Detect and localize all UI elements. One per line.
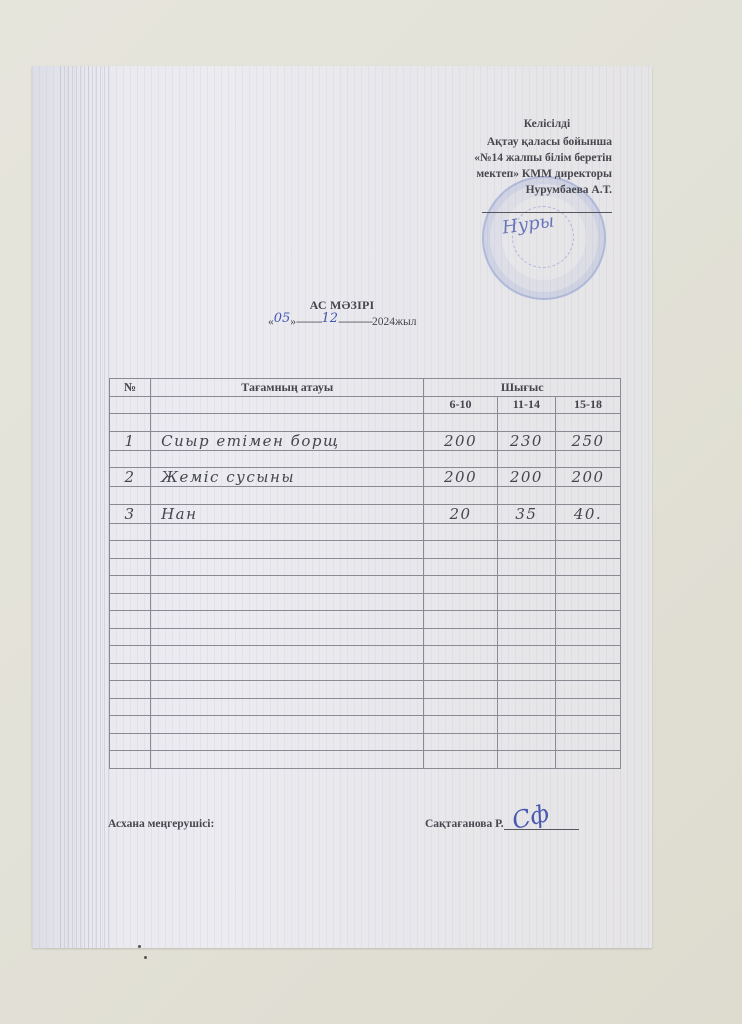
row-number bbox=[110, 716, 151, 734]
portion-15-18: 250 bbox=[556, 431, 621, 450]
row-number bbox=[110, 628, 151, 646]
table-row bbox=[110, 558, 621, 576]
dish-name bbox=[151, 576, 424, 594]
portion-6-10: 20 bbox=[424, 504, 497, 523]
portion-6-10 bbox=[424, 450, 497, 468]
portion-11-14 bbox=[497, 716, 555, 734]
approval-block: Келісілді Ақтау қаласы бойынша «№14 жалп… bbox=[442, 116, 612, 213]
row-number bbox=[110, 698, 151, 716]
dish-name bbox=[151, 611, 424, 629]
menu-table: № Тағамның атауы Шығыс 6-10 11-14 15-18 … bbox=[109, 378, 621, 769]
portion-6-10 bbox=[424, 523, 497, 541]
paper-speck bbox=[144, 956, 147, 959]
approval-line: Ақтау қаласы бойынша bbox=[442, 134, 612, 150]
portion-11-14 bbox=[497, 558, 555, 576]
table-row bbox=[110, 646, 621, 664]
row-number bbox=[110, 558, 151, 576]
dish-name bbox=[151, 663, 424, 681]
cook-role-label: Асхана меңгерушісі: bbox=[108, 818, 214, 830]
approval-line: «№14 жалпы білім беретін bbox=[442, 150, 612, 166]
table-row: 1Сиыр етімен борщ200230250 bbox=[110, 431, 621, 450]
portion-15-18 bbox=[556, 628, 621, 646]
header-age-15-18: 15-18 bbox=[556, 396, 621, 414]
row-number bbox=[110, 751, 151, 769]
portion-6-10 bbox=[424, 593, 497, 611]
portion-15-18 bbox=[556, 450, 621, 468]
row-number bbox=[110, 414, 151, 432]
dish-name bbox=[151, 450, 424, 468]
table-row bbox=[110, 523, 621, 541]
portion-11-14 bbox=[497, 541, 555, 559]
portion-6-10 bbox=[424, 487, 497, 505]
portion-6-10 bbox=[424, 541, 497, 559]
row-number bbox=[110, 576, 151, 594]
date-line: «05»---------12------------2024жыл bbox=[268, 314, 416, 329]
menu-table-body: 1Сиыр етімен борщ2002302502Жеміс сусыны2… bbox=[110, 414, 621, 769]
dish-name bbox=[151, 716, 424, 734]
portion-15-18 bbox=[556, 698, 621, 716]
dish-name bbox=[151, 414, 424, 432]
portion-6-10 bbox=[424, 716, 497, 734]
cook-signature-line: Сф bbox=[504, 829, 579, 830]
portion-15-18 bbox=[556, 558, 621, 576]
dish-name bbox=[151, 646, 424, 664]
header-output: Шығыс bbox=[424, 379, 621, 397]
table-row bbox=[110, 611, 621, 629]
cook-signature-block: Сақтағанова Р.Сф bbox=[425, 818, 579, 830]
portion-11-14: 200 bbox=[497, 468, 555, 487]
dish-name bbox=[151, 681, 424, 699]
approval-line: мектеп» КММ директоры bbox=[442, 166, 612, 182]
dish-name bbox=[151, 698, 424, 716]
portion-11-14 bbox=[497, 523, 555, 541]
table-row bbox=[110, 628, 621, 646]
table-row bbox=[110, 450, 621, 468]
row-number bbox=[110, 593, 151, 611]
portion-11-14 bbox=[497, 593, 555, 611]
dish-name: Жеміс сусыны bbox=[151, 468, 424, 487]
dish-name: Сиыр етімен борщ bbox=[151, 431, 424, 450]
portion-15-18 bbox=[556, 611, 621, 629]
portion-6-10 bbox=[424, 646, 497, 664]
row-number bbox=[110, 663, 151, 681]
portion-15-18: 40. bbox=[556, 504, 621, 523]
portion-6-10 bbox=[424, 698, 497, 716]
portion-11-14 bbox=[497, 576, 555, 594]
header-age-6-10: 6-10 bbox=[424, 396, 497, 414]
portion-6-10 bbox=[424, 414, 497, 432]
portion-6-10: 200 bbox=[424, 468, 497, 487]
table-row bbox=[110, 541, 621, 559]
row-number bbox=[110, 611, 151, 629]
row-number: 2 bbox=[110, 468, 151, 487]
portion-15-18 bbox=[556, 541, 621, 559]
portion-6-10 bbox=[424, 611, 497, 629]
dish-name bbox=[151, 751, 424, 769]
portion-11-14 bbox=[497, 698, 555, 716]
date-year: 2024жыл bbox=[372, 316, 416, 328]
portion-11-14 bbox=[497, 487, 555, 505]
table-row bbox=[110, 751, 621, 769]
paper-speck bbox=[138, 945, 141, 948]
row-number: 3 bbox=[110, 504, 151, 523]
portion-15-18 bbox=[556, 716, 621, 734]
table-row bbox=[110, 698, 621, 716]
portion-11-14 bbox=[497, 414, 555, 432]
portion-11-14 bbox=[497, 751, 555, 769]
row-number: 1 bbox=[110, 431, 151, 450]
portion-11-14 bbox=[497, 611, 555, 629]
table-row bbox=[110, 733, 621, 751]
document-title: АС МӘЗІРІ bbox=[32, 298, 652, 313]
portion-6-10 bbox=[424, 663, 497, 681]
row-number bbox=[110, 733, 151, 751]
portion-15-18 bbox=[556, 414, 621, 432]
portion-15-18 bbox=[556, 576, 621, 594]
row-number bbox=[110, 681, 151, 699]
portion-11-14 bbox=[497, 628, 555, 646]
cook-signature: Сф bbox=[509, 799, 552, 835]
portion-15-18 bbox=[556, 523, 621, 541]
dish-name bbox=[151, 541, 424, 559]
row-number bbox=[110, 450, 151, 468]
table-row: 2Жеміс сусыны200200200 bbox=[110, 468, 621, 487]
portion-6-10 bbox=[424, 733, 497, 751]
header-age-11-14: 11-14 bbox=[497, 396, 555, 414]
portion-6-10 bbox=[424, 681, 497, 699]
table-row bbox=[110, 576, 621, 594]
portion-11-14 bbox=[497, 663, 555, 681]
table-row bbox=[110, 681, 621, 699]
date-month: 12 bbox=[322, 311, 339, 326]
table-row bbox=[110, 716, 621, 734]
row-number bbox=[110, 523, 151, 541]
portion-15-18 bbox=[556, 593, 621, 611]
portion-11-14 bbox=[497, 681, 555, 699]
header-dish-name: Тағамның атауы bbox=[151, 379, 424, 397]
approval-heading: Келісілді bbox=[442, 116, 612, 132]
portion-11-14 bbox=[497, 450, 555, 468]
portion-15-18 bbox=[556, 663, 621, 681]
portion-6-10: 200 bbox=[424, 431, 497, 450]
portion-15-18 bbox=[556, 681, 621, 699]
cook-name: Сақтағанова Р. bbox=[425, 818, 504, 830]
portion-11-14: 230 bbox=[497, 431, 555, 450]
dish-name bbox=[151, 523, 424, 541]
dish-name bbox=[151, 628, 424, 646]
dish-name bbox=[151, 733, 424, 751]
dish-name bbox=[151, 593, 424, 611]
dish-name: Нан bbox=[151, 504, 424, 523]
row-number bbox=[110, 646, 151, 664]
portion-15-18 bbox=[556, 751, 621, 769]
portion-11-14 bbox=[497, 646, 555, 664]
dish-name bbox=[151, 487, 424, 505]
portion-6-10 bbox=[424, 558, 497, 576]
table-row bbox=[110, 414, 621, 432]
table-row bbox=[110, 593, 621, 611]
table-row: 3Нан203540. bbox=[110, 504, 621, 523]
date-day: 05 bbox=[274, 311, 291, 326]
table-row bbox=[110, 487, 621, 505]
portion-15-18 bbox=[556, 733, 621, 751]
table-row bbox=[110, 663, 621, 681]
director-signature: Нуры bbox=[501, 210, 556, 238]
portion-11-14 bbox=[497, 733, 555, 751]
row-number bbox=[110, 541, 151, 559]
portion-6-10 bbox=[424, 576, 497, 594]
menu-document-page: Келісілді Ақтау қаласы бойынша «№14 жалп… bbox=[32, 66, 652, 948]
portion-6-10 bbox=[424, 751, 497, 769]
portion-15-18 bbox=[556, 646, 621, 664]
dish-name bbox=[151, 558, 424, 576]
director-name: Нурумбаева А.Т. bbox=[442, 182, 612, 198]
portion-15-18: 200 bbox=[556, 468, 621, 487]
portion-11-14: 35 bbox=[497, 504, 555, 523]
portion-6-10 bbox=[424, 628, 497, 646]
portion-15-18 bbox=[556, 487, 621, 505]
header-number: № bbox=[110, 379, 151, 397]
row-number bbox=[110, 487, 151, 505]
